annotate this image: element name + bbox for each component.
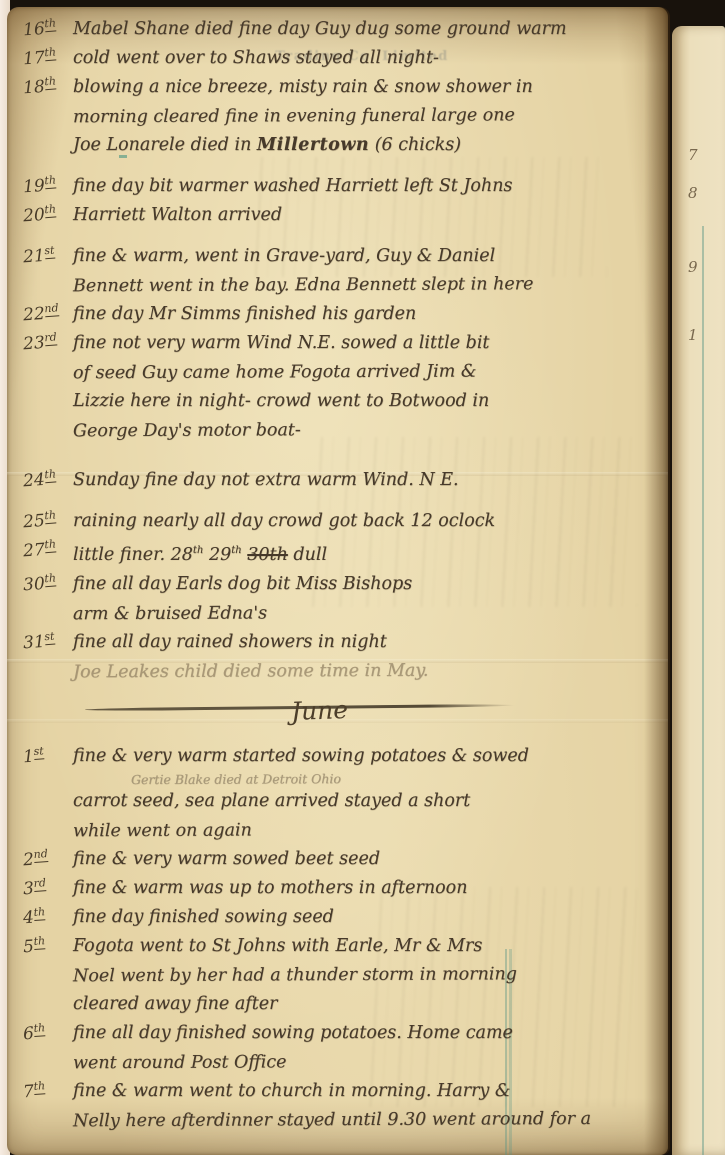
next-page-number: 8 (688, 184, 698, 202)
entry-date: 17th (22, 42, 74, 69)
entry-text: fine & warm, went in Grave-yard, Guy & D… (73, 242, 653, 300)
entry-line: morning cleared fine in evening funeral … (73, 101, 653, 133)
entry-line: fine & very warm started sowing potatoes… (73, 742, 653, 771)
entry-row: 16th Mabel Shane died fine day Guy dug s… (23, 15, 653, 44)
entry-line: Joe Lonarele died in Millertown (6 chick… (73, 131, 653, 160)
entry-row: 1st fine & very warm started sowing pota… (23, 742, 653, 845)
entry-date: 21st (22, 240, 74, 267)
entry-date: 31st (22, 626, 74, 653)
entry-line: Harriett Walton arrived (73, 201, 653, 230)
entry-row: 31st fine all day rained showers in nigh… (23, 628, 653, 686)
entry-date: 20th (22, 199, 74, 226)
entry-line: went around Post Office (73, 1047, 653, 1079)
entry-text: fine all day Earls dog bit Miss Bishopsa… (73, 570, 653, 628)
entry-text: fine all day rained showers in nightJoe … (73, 628, 653, 686)
entry-text: Mabel Shane died fine day Guy dug some g… (73, 15, 653, 44)
entry-date: 24th (22, 464, 74, 491)
entry-text: Fogota went to St Johns with Earle, Mr &… (73, 932, 653, 1019)
entry-date: 6th (22, 1017, 74, 1044)
entry-line: Bennett went in the bay. Edna Bennett sl… (73, 270, 653, 302)
entry-line: fine & warm was up to mothers in afterno… (73, 874, 653, 903)
entry-text: fine & very warm sowed beet seed (73, 845, 653, 874)
entry-line: Joe Leakes child died some time in May. (73, 656, 653, 688)
entry-line: blowing a nice breeze, misty rain & snow… (73, 73, 653, 102)
entry-row: 17th cold went over to Shaws stayed all … (23, 44, 653, 73)
entry-date: 2nd (22, 843, 74, 870)
entry-row: 6th fine all day finished sowing potatoe… (23, 1019, 653, 1077)
entry-text: fine day bit warmer washed Harriett left… (73, 172, 653, 201)
next-page-number: 1 (688, 326, 698, 344)
entry-row: 25th raining nearly all day crowd got ba… (23, 507, 653, 536)
entry-line: fine & very warm sowed beet seed (73, 845, 653, 874)
entry-text: raining nearly all day crowd got back 12… (73, 507, 653, 536)
next-page-sliver: 7891 (672, 26, 725, 1155)
entry-date: 7th (22, 1075, 74, 1102)
entry-date: 19th (22, 170, 74, 197)
entry-row: 2nd fine & very warm sowed beet seed (23, 845, 653, 874)
entry-line: little finer. 28th 29th 30th dull (73, 536, 653, 570)
entry-date: 5th (22, 930, 74, 957)
next-page-number: 7 (688, 146, 698, 164)
next-page-number: 9 (688, 258, 698, 276)
entry-line: Lizzie here in night- crowd went to Botw… (73, 387, 653, 416)
entry-line: while went on again (73, 815, 653, 847)
entry-line: of seed Guy came home Fogota arrived Jim… (73, 357, 653, 389)
entry-line: arm & bruised Edna's (73, 598, 653, 630)
entry-line: fine all day rained showers in night (73, 628, 653, 657)
entry-row: 30th fine all day Earls dog bit Miss Bis… (23, 570, 653, 628)
entry-line: Gertie Blake died at Detroit Ohio (73, 770, 653, 789)
entry-text: blowing a nice breeze, misty rain & snow… (73, 73, 653, 160)
entry-line: Mabel Shane died fine day Guy dug some g… (73, 15, 653, 44)
entry-line: Fogota went to St Johns with Earle, Mr &… (73, 932, 653, 961)
entry-date: 18th (22, 71, 74, 98)
entry-date: 25th (22, 505, 74, 532)
month-name: June (291, 695, 349, 726)
entry-text: fine & warm went to church in morning. H… (73, 1077, 653, 1135)
entry-line: cleared away fine after (73, 990, 653, 1019)
entry-line: fine day finished sowing seed (73, 903, 653, 932)
entry-text: Sunday fine day not extra warm Wind. N E… (73, 466, 653, 495)
ledger-ruling-line (702, 226, 704, 1155)
entry-text: Harriett Walton arrived (73, 201, 653, 230)
entry-line: fine & warm, went in Grave-yard, Guy & D… (73, 242, 653, 271)
entry-line: fine all day finished sowing potatoes. H… (73, 1019, 653, 1048)
entry-date: 1st (22, 740, 74, 767)
entry-row: 7th fine & warm went to church in mornin… (23, 1077, 653, 1135)
entry-row: 21st fine & warm, went in Grave-yard, Gu… (23, 242, 653, 300)
entry-row: 27th little finer. 28th 29th 30th dull (23, 536, 653, 570)
entry-line: fine day bit warmer washed Harriett left… (73, 172, 653, 201)
entry-line: Nelly here afterdinner stayed until 9.30… (73, 1105, 653, 1137)
entry-row: 23rd fine not very warm Wind N.E. sowed … (23, 329, 653, 445)
entry-date: 3rd (22, 872, 74, 899)
entry-text: little finer. 28th 29th 30th dull (73, 536, 653, 570)
entry-text: fine not very warm Wind N.E. sowed a lit… (73, 329, 653, 445)
entry-line: fine all day Earls dog bit Miss Bishops (73, 570, 653, 599)
entry-row: 24th Sunday fine day not extra warm Wind… (23, 466, 653, 495)
entry-line: Sunday fine day not extra warm Wind. N E… (73, 466, 653, 495)
month-heading: June (23, 690, 653, 742)
diary-page: Trading Co. Limited 16th Mabel Shane die… (7, 7, 668, 1155)
entry-text: fine day finished sowing seed (73, 903, 653, 932)
entry-line: Noel went by her had a thunder storm in … (73, 960, 653, 992)
entry-text: fine & warm was up to mothers in afterno… (73, 874, 653, 903)
entry-date: 30th (22, 568, 74, 595)
entry-date: 16th (22, 13, 74, 40)
entry-date: 23rd (22, 327, 74, 354)
entry-line: raining nearly all day crowd got back 12… (73, 507, 653, 536)
entry-date: 22nd (22, 298, 74, 325)
entry-date: 4th (22, 901, 74, 928)
entry-row: 4th fine day finished sowing seed (23, 903, 653, 932)
entry-row: 5th Fogota went to St Johns with Earle, … (23, 932, 653, 1019)
entry-row: 20th Harriett Walton arrived (23, 201, 653, 230)
entry-text: fine all day finished sowing potatoes. H… (73, 1019, 653, 1077)
entry-line: George Day's motor boat- (73, 415, 653, 447)
entry-text: cold went over to Shaws stayed all night… (73, 44, 653, 73)
entry-row: 19th fine day bit warmer washed Harriett… (23, 172, 653, 201)
gutter-shadow (644, 7, 670, 1155)
entry-line: carrot seed, sea plane arrived stayed a … (73, 787, 653, 816)
entry-row: 18th blowing a nice breeze, misty rain &… (23, 73, 653, 160)
entry-text: fine day Mr Simms finished his garden (73, 300, 653, 329)
entry-line: fine not very warm Wind N.E. sowed a lit… (73, 329, 653, 358)
entry-line: fine day Mr Simms finished his garden (73, 300, 653, 329)
entry-row: 22nd fine day Mr Simms finished his gard… (23, 300, 653, 329)
entry-date: 27th (22, 534, 74, 561)
document-scan: Trading Co. Limited 16th Mabel Shane die… (0, 0, 725, 1155)
entry-row: 3rd fine & warm was up to mothers in aft… (23, 874, 653, 903)
entry-line: fine & warm went to church in morning. H… (73, 1077, 653, 1106)
diary-entries: 16th Mabel Shane died fine day Guy dug s… (23, 15, 653, 1135)
entry-line: cold went over to Shaws stayed all night… (73, 44, 653, 73)
entry-text: fine & very warm started sowing potatoes… (73, 742, 653, 845)
